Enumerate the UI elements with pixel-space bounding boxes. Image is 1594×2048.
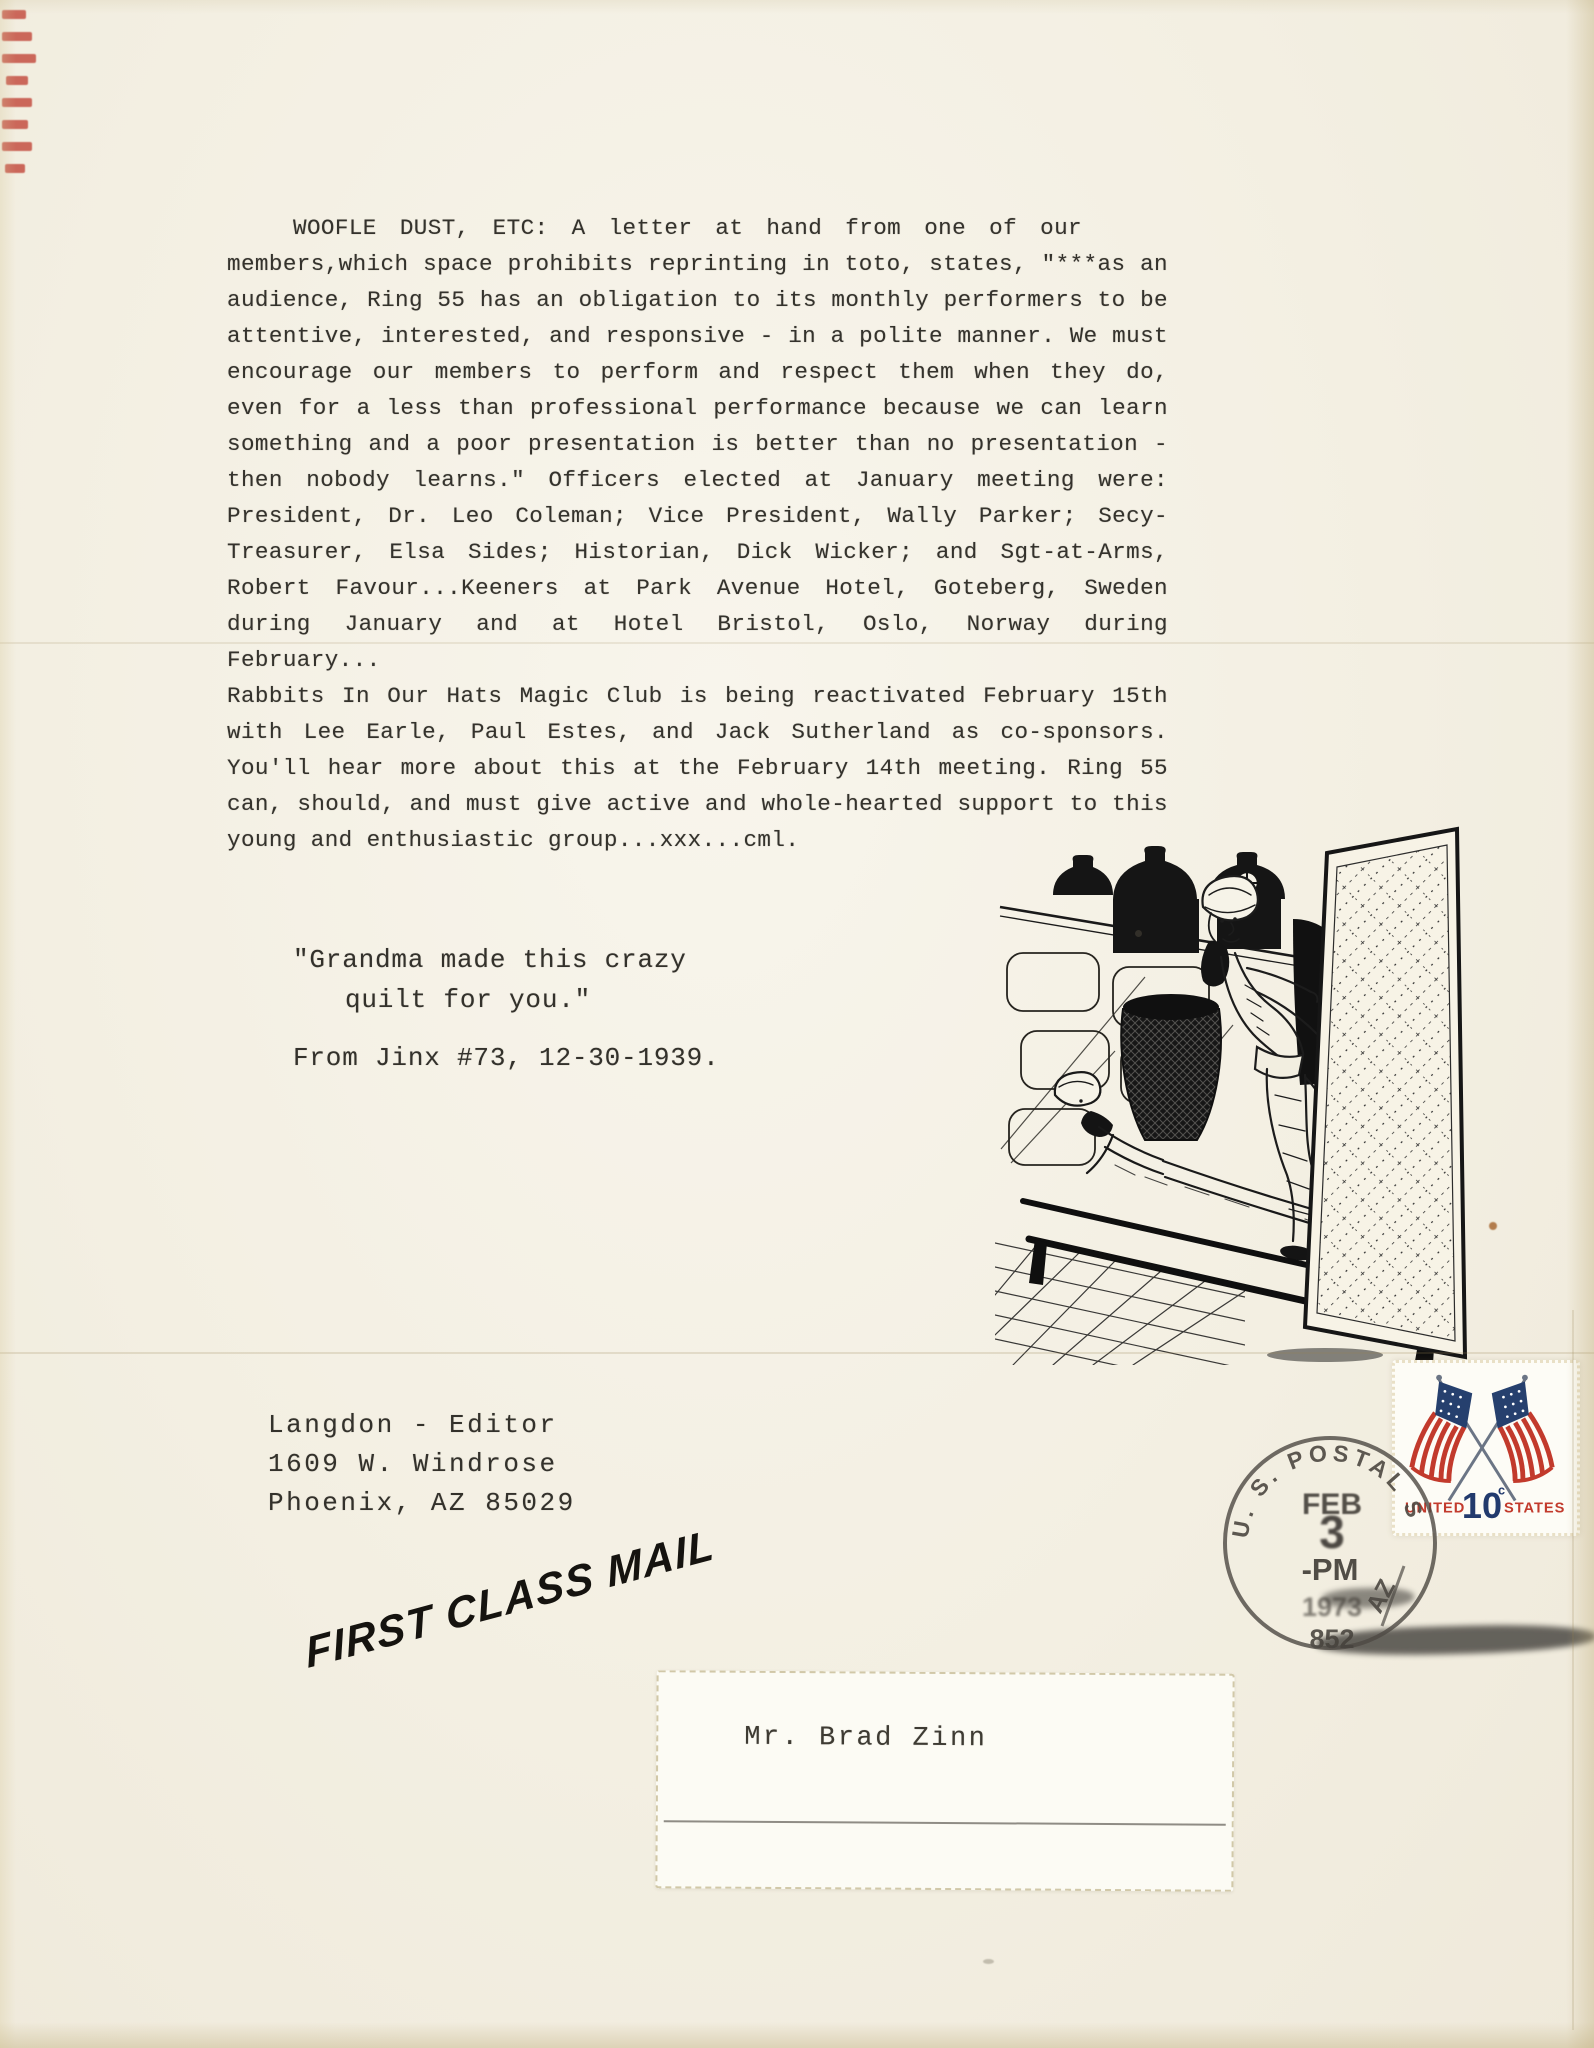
sender-city: Phoenix, AZ 85029	[268, 1484, 576, 1523]
postmark-time: -PM	[1302, 1552, 1359, 1587]
article-line: Robert Favour...Keeners at Park Avenue H…	[227, 570, 1168, 606]
article-line: with Lee Earle, Paul Estes, and Jack Sut…	[227, 714, 1168, 750]
red-dash	[2, 142, 32, 151]
article-paragraph: WOOFLE DUST, ETC: A letter at hand from …	[227, 210, 1168, 858]
article-line: WOOFLE DUST, ETC: A letter at hand from …	[227, 210, 1168, 246]
article-line: attentive, interested, and responsive - …	[227, 318, 1168, 354]
red-dash	[6, 76, 28, 85]
scanned-newsletter-mailer-page: WOOFLE DUST, ETC: A letter at hand from …	[0, 0, 1594, 2048]
stain-speck	[1489, 1222, 1497, 1230]
urn	[1121, 994, 1221, 1140]
postmark-year: 1973	[1302, 1592, 1362, 1622]
article-line: encourage our members to perform and res…	[227, 354, 1168, 390]
article-line: during January and at Hotel Bristol, Osl…	[227, 606, 1168, 678]
stamp-value: 10	[1462, 1485, 1502, 1524]
article-line: even for a less than professional perfor…	[227, 390, 1168, 426]
red-dash	[2, 54, 36, 63]
right-flag	[1492, 1382, 1552, 1482]
postmark-state: AZ	[1361, 1575, 1401, 1618]
red-dash	[2, 120, 28, 129]
article-line: You'll hear more about this at the Febru…	[227, 750, 1168, 786]
article-line: President, Dr. Leo Coleman; Vice Preside…	[227, 498, 1168, 534]
article-line: then nobody learns." Officers elected at…	[227, 462, 1168, 498]
article-line: something and a poor presentation is bet…	[227, 426, 1168, 462]
quote-block: "Grandma made this crazy quilt for you."…	[293, 940, 719, 1078]
article-line: Treasurer, Elsa Sides; Historian, Dick W…	[227, 534, 1168, 570]
stamp-cent-symbol: c	[1498, 1484, 1505, 1498]
first-class-mail-marking: FIRST CLASS MAIL	[303, 1520, 718, 1679]
article-line: audience, Ring 55 has an obligation to i…	[227, 282, 1168, 318]
postmark-day: 3	[1319, 1506, 1345, 1558]
sender-name: Langdon - Editor	[268, 1406, 576, 1445]
sender-address: Langdon - Editor 1609 W. Windrose Phoeni…	[268, 1406, 576, 1523]
postmark: U. S. POSTAL S AZ FEB 3 -PM 1973 852	[1218, 1418, 1454, 1674]
crazy-quilt-mat	[1305, 829, 1465, 1357]
sender-street: 1609 W. Windrose	[268, 1445, 576, 1484]
red-dash	[2, 10, 26, 19]
quote-source: From Jinx #73, 12-30-1939.	[293, 1038, 719, 1078]
red-edge-marks	[2, 10, 36, 173]
label-divider-line	[664, 1820, 1226, 1825]
article-line: members,which space prohibits reprinting…	[227, 246, 1168, 282]
red-dash	[2, 98, 32, 107]
address-label: Mr. Brad Zinn	[655, 1670, 1234, 1892]
stain-speck	[983, 1959, 994, 1964]
fakir-crazy-quilt-cartoon-illustration	[995, 795, 1495, 1365]
addressee-name: Mr. Brad Zinn	[744, 1723, 987, 1754]
red-dash	[2, 32, 32, 41]
red-dash	[5, 164, 25, 173]
quote-line-1: "Grandma made this crazy	[293, 940, 719, 980]
postmark-zip: 852	[1309, 1624, 1354, 1654]
stamp-states-text: STATES	[1504, 1500, 1565, 1516]
quote-line-2: quilt for you."	[293, 980, 719, 1020]
article-line: Rabbits In Our Hats Magic Club is being …	[227, 678, 1168, 714]
ink-speck	[1135, 930, 1142, 937]
